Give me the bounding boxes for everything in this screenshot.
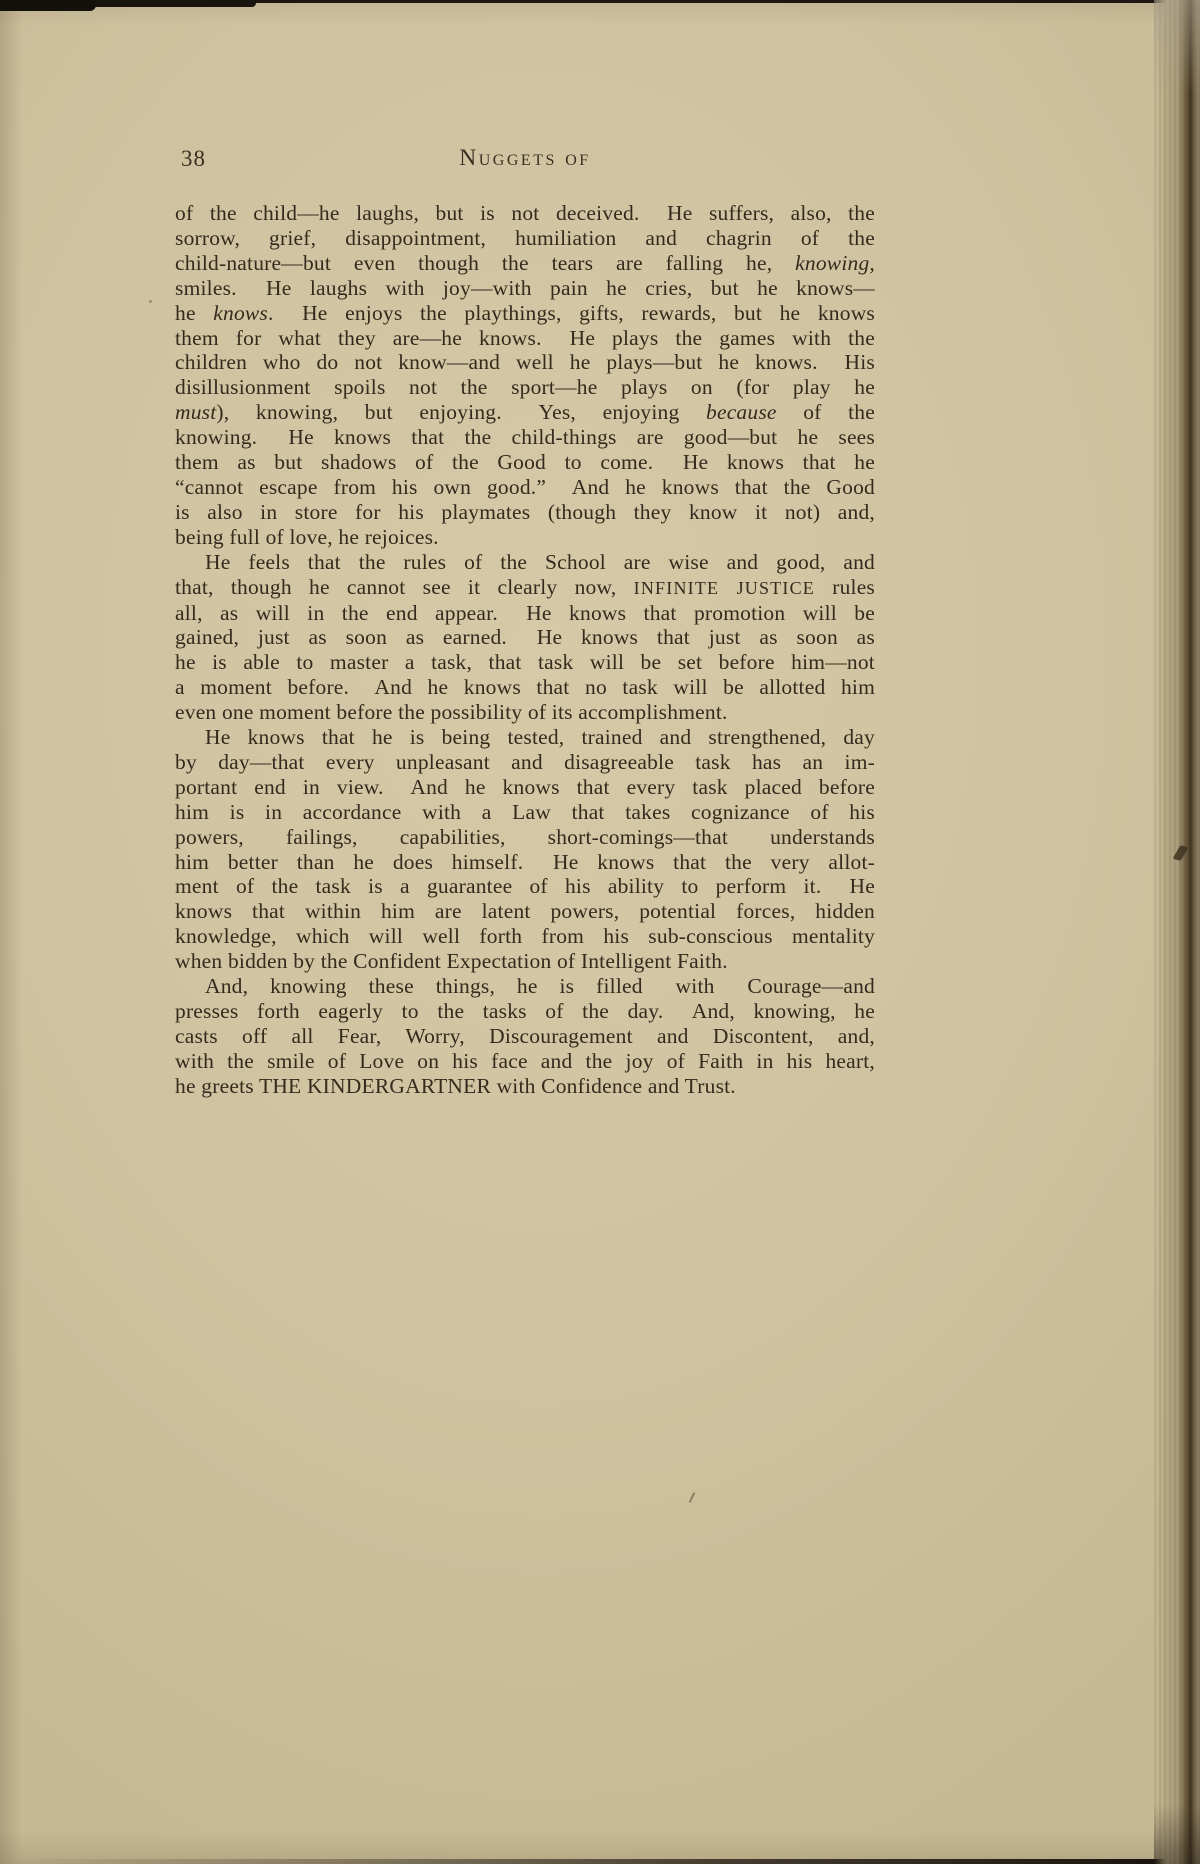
text-run: presses forth eagerly to the tasks of th… (175, 999, 875, 1023)
text-run: “cannot escape from his own good.” And h… (175, 475, 875, 499)
text-line: a moment before. And he knows that no ta… (175, 675, 875, 700)
text-run: he is able to master a task, that task w… (175, 650, 875, 674)
text-run: sorrow, grief, disappointment, humiliati… (175, 226, 875, 250)
text-run: them for what they are—he knows. He play… (175, 326, 875, 350)
text-run: He knows that he is being tested, traine… (205, 725, 875, 749)
text-run: he greets THE KINDERGARTNER with Confide… (175, 1074, 736, 1098)
text-run: he (175, 301, 213, 325)
text-run: a moment before. And he knows that no ta… (175, 675, 875, 699)
ink-mark (149, 300, 152, 303)
text-line: he is able to master a task, that task w… (175, 650, 875, 675)
running-title: Nuggets of (175, 145, 875, 172)
text-run: even one moment before the possibility o… (175, 700, 728, 724)
text-line: even one moment before the possibility o… (175, 700, 875, 725)
text-run: smiles. He laughs with joy—with pain he … (175, 276, 875, 300)
text-line: he greets THE KINDERGARTNER with Confide… (175, 1074, 875, 1099)
text-line: knowing. He knows that the child-things … (175, 425, 875, 450)
text-run: must (175, 400, 216, 424)
text-run: them as but shadows of the Good to come.… (175, 450, 875, 474)
text-line: child-nature—but even though the tears a… (175, 251, 875, 276)
text-line: them as but shadows of the Good to come.… (175, 450, 875, 475)
text-run: is also in store for his playmates (thou… (175, 500, 875, 524)
text-line: all, as will in the end appear. He knows… (175, 601, 875, 626)
text-run: all, as will in the end appear. He knows… (175, 601, 875, 625)
text-line: knows that within him are latent powers,… (175, 899, 875, 924)
text-run: children who do not know—and well he pla… (175, 350, 875, 374)
book-page-scan: 38 Nuggets of of the child—he laughs, bu… (0, 0, 1200, 1864)
text-line: of the child—he laughs, but is not decei… (175, 201, 875, 226)
text-run: disillusionment spoils not the sport—he … (175, 375, 875, 399)
text-line: is also in store for his playmates (thou… (175, 500, 875, 525)
text-run: portant end in view. And he knows that e… (175, 775, 875, 799)
text-line: being full of love, he rejoices. (175, 525, 875, 550)
text-line: He knows that he is being tested, traine… (175, 725, 875, 750)
text-line: presses forth eagerly to the tasks of th… (175, 999, 875, 1024)
text-line: portant end in view. And he knows that e… (175, 775, 875, 800)
text-run: casts off all Fear, Worry, Discouragemen… (175, 1024, 875, 1048)
text-line: smiles. He laughs with joy—with pain he … (175, 276, 875, 301)
text-line: “cannot escape from his own good.” And h… (175, 475, 875, 500)
text-run: And, knowing these things, he is filled … (205, 974, 875, 998)
text-run: knowledge, which will well forth from hi… (175, 924, 875, 948)
text-line: He feels that the rules of the School ar… (175, 550, 875, 575)
text-run: ment of the task is a guarantee of his a… (175, 874, 875, 898)
text-line: that, though he cannot see it clearly no… (175, 575, 875, 601)
text-line: with the smile of Love on his face and t… (175, 1049, 875, 1074)
text-run: being full of love, he rejoices. (175, 525, 439, 549)
text-run: child-nature—but even though the tears a… (175, 251, 795, 275)
ink-mark (689, 1492, 695, 1503)
text-line: disillusionment spoils not the sport—he … (175, 375, 875, 400)
text-run: powers, failings, capabilities, short-co… (175, 825, 875, 849)
paragraph: He knows that he is being tested, traine… (175, 725, 875, 974)
text-line: powers, failings, capabilities, short-co… (175, 825, 875, 850)
text-line: children who do not know—and well he pla… (175, 350, 875, 375)
body-text: of the child—he laughs, but is not decei… (175, 201, 875, 1099)
text-run: by day—that every unpleasant and disagre… (175, 750, 875, 774)
text-line: And, knowing these things, he is filled … (175, 974, 875, 999)
text-line: ment of the task is a guarantee of his a… (175, 874, 875, 899)
paragraph: of the child—he laughs, but is not decei… (175, 201, 875, 550)
text-line: when bidden by the Confident Expectation… (175, 949, 875, 974)
text-line: him better than he does himself. He know… (175, 850, 875, 875)
printed-page: 38 Nuggets of of the child—he laughs, bu… (175, 145, 875, 1099)
text-line: gained, just as soon as earned. He knows… (175, 625, 875, 650)
text-run: him better than he does himself. He know… (175, 850, 875, 874)
text-line: by day—that every unpleasant and disagre… (175, 750, 875, 775)
text-run: knowing. He knows that the child-things … (175, 425, 875, 449)
scan-bottom-edge (0, 1859, 1200, 1864)
text-run: . He enjoys the playthings, gifts, rewar… (268, 301, 875, 325)
text-run: ), knowing, but enjoying. Yes, enjoying (216, 400, 706, 424)
text-line: him is in accordance with a Law that tak… (175, 800, 875, 825)
page-number: 38 (181, 146, 206, 172)
paragraph: He feels that the rules of the School ar… (175, 550, 875, 725)
text-line: he knows. He enjoys the playthings, gift… (175, 301, 875, 326)
text-run: of the (777, 400, 875, 424)
text-run: gained, just as soon as earned. He knows… (175, 625, 875, 649)
book-page-edge (1154, 0, 1200, 1864)
text-run: INFINITE JUSTICE (634, 578, 815, 598)
text-line: must), knowing, but enjoying. Yes, enjoy… (175, 400, 875, 425)
text-line: casts off all Fear, Worry, Discouragemen… (175, 1024, 875, 1049)
text-run: of the child—he laughs, but is not decei… (175, 201, 875, 225)
text-run: knowing, (795, 251, 875, 275)
text-run: when bidden by the Confident Expectation… (175, 949, 728, 973)
paragraph: And, knowing these things, he is filled … (175, 974, 875, 1099)
text-run: knows that within him are latent powers,… (175, 899, 875, 923)
text-run: He feels that the rules of the School ar… (205, 550, 875, 574)
text-run: that, though he cannot see it clearly no… (175, 575, 634, 599)
text-run: with the smile of Love on his face and t… (175, 1049, 875, 1073)
scan-top-edge-corner (0, 0, 96, 11)
text-run: knows (213, 301, 268, 325)
text-line: them for what they are—he knows. He play… (175, 326, 875, 351)
text-run: because (706, 400, 777, 424)
text-line: knowledge, which will well forth from hi… (175, 924, 875, 949)
text-line: sorrow, grief, disappointment, humiliati… (175, 226, 875, 251)
text-run: him is in accordance with a Law that tak… (175, 800, 875, 824)
text-run: rules (815, 575, 875, 599)
page-header: 38 Nuggets of (175, 145, 875, 175)
